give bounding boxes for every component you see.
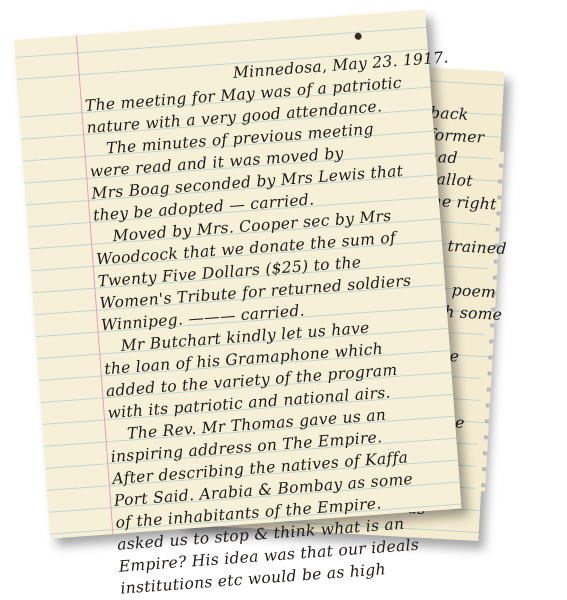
front-page: Minnedosa, May 23. 1917. The meeting for…: [14, 10, 462, 539]
front-page-text: Minnedosa, May 23. 1917. The meeting for…: [83, 48, 467, 600]
pin-hole: [354, 33, 361, 40]
